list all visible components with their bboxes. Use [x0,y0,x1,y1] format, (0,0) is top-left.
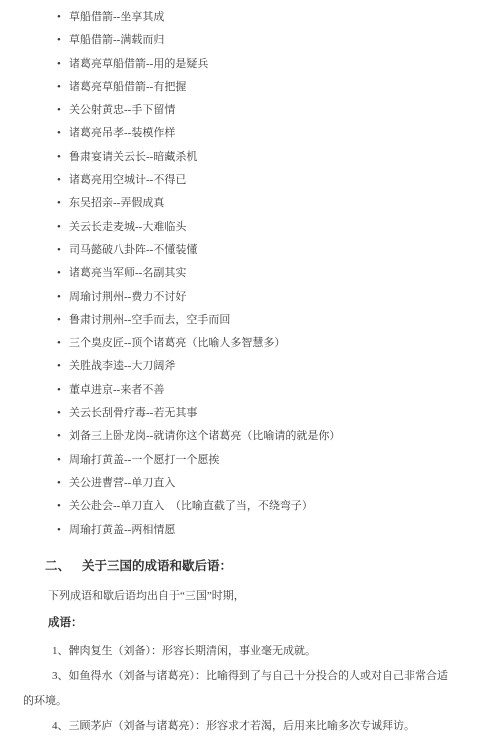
chengyu-entries: 1、髀肉复生（刘备）：形容长期清闲，事业毫无成就。 3、如鱼得水（刘备与诸葛亮）… [23,639,453,739]
list-item-text: 周瑜讨荆州--费力不讨好 [69,291,186,303]
list-item: •东吴招亲--弄假成真 [57,192,460,215]
bullet-icon: • [57,472,61,495]
list-item: •关胜战李逵--大刀阔斧 [57,355,460,378]
bullet-icon: • [57,495,61,518]
list-item-text: 司马懿破八卦阵--不懂装懂 [69,244,197,256]
list-item: •周瑜打黄盖--一个愿打一个愿挨 [57,449,460,472]
list-item: •司马懿破八卦阵--不懂装懂 [57,239,460,262]
list-item-text: 草船借箭--满载而归 [69,34,164,46]
list-item: •三个臭皮匠--顶个诸葛亮（比喻人多智慧多） [57,332,460,355]
bullet-icon: • [57,449,61,472]
list-item: •董卓进京--来者不善 [57,379,460,402]
list-item: •周瑜打黄盖--两相情愿 [57,519,460,542]
list-item-text: 周瑜打黄盖--两相情愿 [69,524,175,536]
xiehouyu-list: •草船借箭--坐享其成 •草船借箭--满载而归 •诸葛亮草船借箭--用的是疑兵 … [23,6,460,542]
bullet-icon: • [57,286,61,309]
list-item: •关云长刮骨疗毒--若无其事 [57,402,460,425]
bullet-icon: • [57,216,61,239]
list-item-text: 诸葛亮用空城计--不得已 [69,174,186,186]
bullet-icon: • [57,29,61,52]
bullet-icon: • [57,53,61,76]
entry-paragraph: 4、三顾茅庐（刘备与诸葛亮）：形容求才若渴，后用来比喻多次专诚拜访。 [23,714,453,739]
intro-paragraph: 下列成语和歇后语均出自于“三国”时期， [48,586,460,606]
list-item-text: 草船借箭--坐享其成 [69,11,164,23]
section-heading-title: 关于三国的成语和歇后语： [82,559,232,573]
list-item-text: 关胜战李逵--大刀阔斧 [69,360,175,372]
list-item-text: 关云长刮骨疗毒--若无其事 [69,407,197,419]
list-item: •关云长走麦城--大难临头 [57,216,460,239]
list-item: •诸葛亮草船借箭--有把握 [57,76,460,99]
list-item: •诸葛亮草船借箭--用的是疑兵 [57,53,460,76]
bullet-icon: • [57,239,61,262]
entry-paragraph: 1、髀肉复生（刘备）：形容长期清闲，事业毫无成就。 [23,639,453,664]
list-item-text: 诸葛亮草船借箭--用的是疑兵 [69,58,208,70]
bullet-icon: • [57,332,61,355]
bullet-icon: • [57,309,61,332]
list-item-text: 东吴招亲--弄假成真 [69,197,164,209]
list-item: •诸葛亮用空城计--不得已 [57,169,460,192]
bullet-icon: • [57,192,61,215]
list-item-text: 关公赴会--单刀直入 （比喻直截了当，不绕弯子） [69,500,313,512]
list-item: •刘备三上卧龙岗--就请你这个诸葛亮（比喻请的就是你） [57,425,460,448]
list-item: •周瑜讨荆州--费力不讨好 [57,286,460,309]
list-item: •鲁肃宴请关云长--暗藏杀机 [57,146,460,169]
bullet-icon: • [57,99,61,122]
list-item: •关公进曹营--单刀直入 [57,472,460,495]
list-item: •关公赴会--单刀直入 （比喻直截了当，不绕弯子） [57,495,460,518]
bullet-icon: • [57,355,61,378]
list-item: •草船借箭--坐享其成 [57,6,460,29]
bullet-icon: • [57,169,61,192]
list-item-text: 周瑜打黄盖--一个愿打一个愿挨 [69,454,219,466]
list-item-text: 关公射黄忠--手下留情 [69,104,175,116]
list-item-text: 董卓进京--来者不善 [69,384,164,396]
entry-paragraph: 3、如鱼得水（刘备与诸葛亮）：比喻得到了与自己十分投合的人或对自己非常合适的环境… [23,664,453,714]
section-heading: 二、关于三国的成语和歇后语： [45,557,460,575]
list-item: •关公射黄忠--手下留情 [57,99,460,122]
list-item-text: 鲁肃讨荆州--空手而去，空手而回 [69,314,230,326]
list-item-text: 关云长走麦城--大难临头 [69,221,186,233]
list-item: •草船借箭--满载而归 [57,29,460,52]
bullet-icon: • [57,519,61,542]
list-item: •诸葛亮当军师--名副其实 [57,262,460,285]
bullet-icon: • [57,6,61,29]
document-page: •草船借箭--坐享其成 •草船借箭--满载而归 •诸葛亮草船借箭--用的是疑兵 … [0,0,500,742]
list-item-text: 诸葛亮吊孝--装模作样 [69,127,175,139]
chengyu-subheading: 成语： [48,613,460,633]
list-item-text: 诸葛亮草船借箭--有把握 [69,81,186,93]
bullet-icon: • [57,146,61,169]
bullet-icon: • [57,262,61,285]
list-item-text: 关公进曹营--单刀直入 [69,477,175,489]
list-item: •鲁肃讨荆州--空手而去，空手而回 [57,309,460,332]
list-item-text: 三个臭皮匠--顶个诸葛亮（比喻人多智慧多） [69,337,285,349]
bullet-icon: • [57,379,61,402]
list-item-text: 鲁肃宴请关云长--暗藏杀机 [69,151,197,163]
list-item: •诸葛亮吊孝--装模作样 [57,122,460,145]
section-heading-number: 二、 [45,559,70,573]
bullet-icon: • [57,402,61,425]
list-item-text: 诸葛亮当军师--名副其实 [69,267,186,279]
bullet-icon: • [57,425,61,448]
bullet-icon: • [57,76,61,99]
bullet-icon: • [57,122,61,145]
list-item-text: 刘备三上卧龙岗--就请你这个诸葛亮（比喻请的就是你） [69,430,340,442]
